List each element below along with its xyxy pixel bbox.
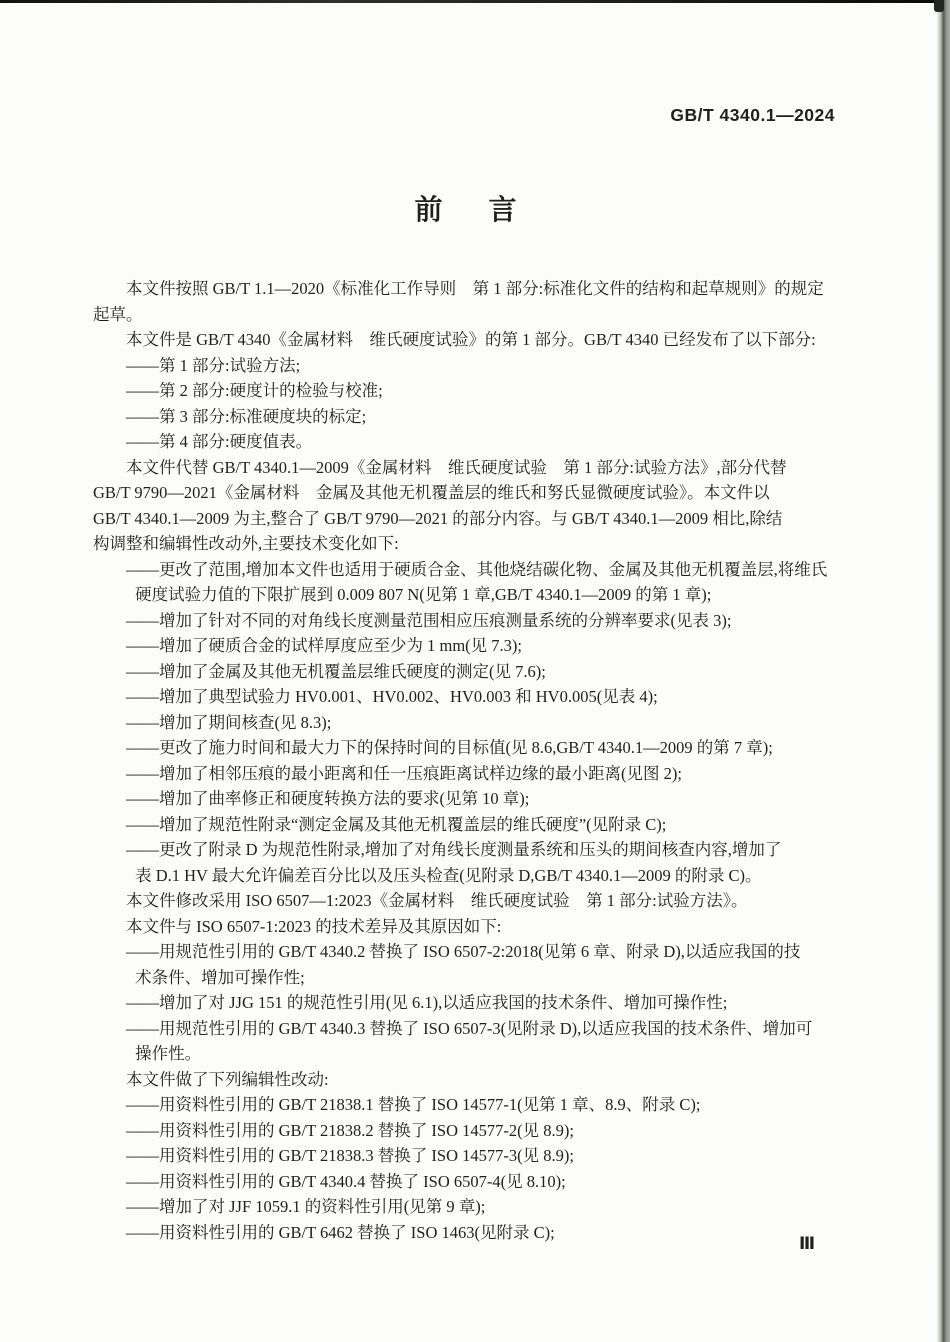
text-line: ——用资料性引用的 GB/T 21838.3 替换了 ISO 14577-3(见…: [93, 1143, 849, 1169]
page-number: Ⅲ: [799, 1234, 815, 1254]
text-line: ——增加了期间核查(见 8.3);: [93, 710, 849, 736]
text-line: ——用资料性引用的 GB/T 21838.2 替换了 ISO 14577-2(见…: [93, 1118, 849, 1144]
text-line: ——更改了范围,增加本文件也适用于硬质合金、其他烧结碳化物、金属及其他无机覆盖层…: [93, 557, 849, 583]
text-line: ——用资料性引用的 GB/T 21838.1 替换了 ISO 14577-1(见…: [93, 1092, 849, 1118]
text-line: ——增加了对 JJF 1059.1 的资料性引用(见第 9 章);: [93, 1194, 849, 1220]
scan-top-edge: [0, 0, 950, 3]
text-line: 硬度试验力值的下限扩展到 0.009 807 N(见第 1 章,GB/T 434…: [93, 582, 849, 608]
text-line: ——增加了典型试验力 HV0.001、HV0.002、HV0.003 和 HV0…: [93, 684, 849, 710]
text-line: 操作性。: [93, 1041, 849, 1067]
text-line: 本文件与 ISO 6507-1:2023 的技术差异及其原因如下:: [93, 914, 849, 940]
text-line: ——更改了施力时间和最大力下的保持时间的目标值(见 8.6,GB/T 4340.…: [93, 735, 849, 761]
text-line: ——第 1 部分:试验方法;: [93, 353, 849, 379]
text-line: ——第 3 部分:标准硬度块的标定;: [93, 404, 849, 430]
page-title: 前 言: [0, 188, 940, 228]
text-line: ——增加了硬质合金的试样厚度应至少为 1 mm(见 7.3);: [93, 633, 849, 659]
text-line: 本文件按照 GB/T 1.1—2020《标准化工作导则 第 1 部分:标准化文件…: [93, 276, 849, 302]
text-line: 本文件代替 GB/T 4340.1—2009《金属材料 维氏硬度试验 第 1 部…: [93, 455, 849, 481]
standard-code: GB/T 4340.1—2024: [670, 105, 835, 126]
text-line: ——更改了附录 D 为规范性附录,增加了对角线长度测量系统和压头的期间核查内容,…: [93, 837, 849, 863]
text-line: ——第 2 部分:硬度计的检验与校准;: [93, 378, 849, 404]
text-line: ——增加了针对不同的对角线长度测量范围相应压痕测量系统的分辨率要求(见表 3);: [93, 608, 849, 634]
text-line: ——增加了相邻压痕的最小距离和任一压痕距离试样边缘的最小距离(见图 2);: [93, 761, 849, 787]
text-line: 起草。: [93, 302, 849, 328]
text-line: 构调整和编辑性改动外,主要技术变化如下:: [93, 531, 849, 557]
text-line: 表 D.1 HV 最大允许偏差百分比以及压头检查(见附录 D,GB/T 4340…: [93, 863, 849, 889]
text-line: ——增加了对 JJG 151 的规范性引用(见 6.1),以适应我国的技术条件、…: [93, 990, 849, 1016]
text-line: ——用规范性引用的 GB/T 4340.2 替换了 ISO 6507-2:201…: [93, 939, 849, 965]
text-line: ——第 4 部分:硬度值表。: [93, 429, 849, 455]
text-line: ——用规范性引用的 GB/T 4340.3 替换了 ISO 6507-3(见附录…: [93, 1016, 849, 1042]
text-line: 术条件、增加可操作性;: [93, 965, 849, 991]
text-line: GB/T 9790—2021《金属材料 金属及其他无机覆盖层的维氏和努氏显微硬度…: [93, 480, 849, 506]
text-line: 本文件是 GB/T 4340《金属材料 维氏硬度试验》的第 1 部分。GB/T …: [93, 327, 849, 353]
text-line: ——用资料性引用的 GB/T 4340.4 替换了 ISO 6507-4(见 8…: [93, 1169, 849, 1195]
scan-corner-mark: [934, 0, 944, 12]
text-line: ——用资料性引用的 GB/T 6462 替换了 ISO 1463(见附录 C);: [93, 1220, 849, 1246]
text-line: ——增加了规范性附录“测定金属及其他无机覆盖层的维氏硬度”(见附录 C);: [93, 812, 849, 838]
text-line: ——增加了金属及其他无机覆盖层维氏硬度的测定(见 7.6);: [93, 659, 849, 685]
text-line: ——增加了曲率修正和硬度转换方法的要求(见第 10 章);: [93, 786, 849, 812]
text-line: 本文件修改采用 ISO 6507—1:2023《金属材料 维氏硬度试验 第 1 …: [93, 888, 849, 914]
text-line: 本文件做了下列编辑性改动:: [93, 1067, 849, 1093]
text-line: GB/T 4340.1—2009 为主,整合了 GB/T 9790—2021 的…: [93, 506, 849, 532]
content-lines: 本文件按照 GB/T 1.1—2020《标准化工作导则 第 1 部分:标准化文件…: [93, 276, 849, 1245]
